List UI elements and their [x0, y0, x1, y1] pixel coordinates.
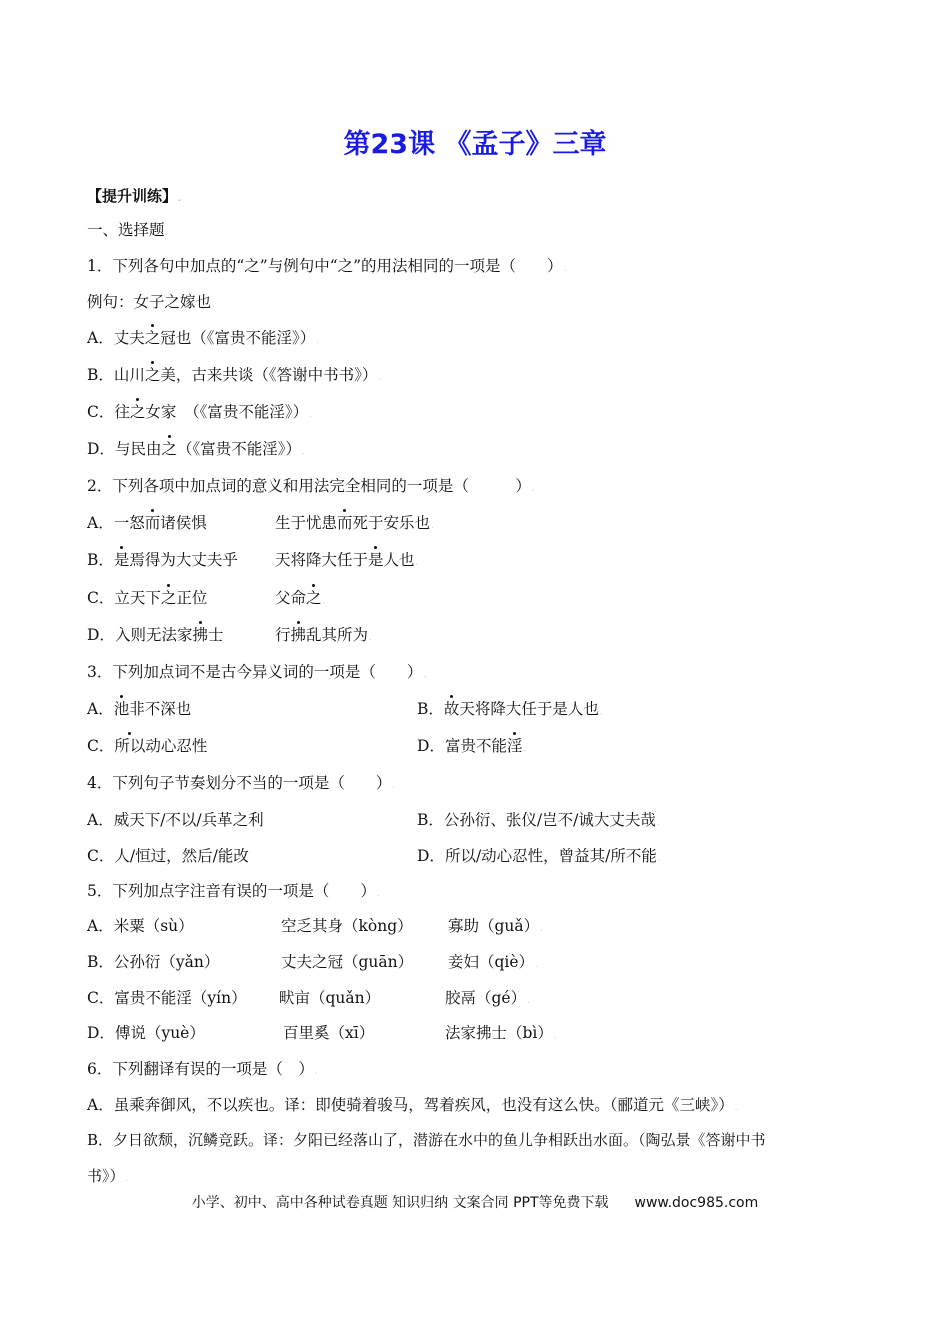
question-4-option-b[interactable]: B．公孙衍、张仪/岂不/诚大丈夫哉. [417, 810, 659, 833]
question-3-option-a[interactable]: A．池非不深也 [87, 699, 191, 719]
document-page: 第23课 《孟子》三章 【提升训练】. 一、选择题. 1．下列各句中加点的“之”… [0, 0, 950, 1344]
question-3-option-d[interactable]: D．富贵不能淫. [417, 736, 526, 759]
question-4-stem: 4．下列句子节奏划分不当的一项是（ ）. [87, 773, 395, 796]
part-heading: 一、选择题. [87, 220, 168, 243]
question-3-stem: 3．下列加点词不是古今异义词的一项是（ ）. [87, 662, 426, 685]
question-1-option-c[interactable]: C．往之女家 （《富贵不能淫》）. [87, 402, 312, 425]
question-2-stem: 2．下列各项中加点词的意义和用法完全相同的一项是（ ）. [87, 476, 534, 499]
question-5-stem: 5．下列加点字注音有误的一项是（ ）. [87, 881, 379, 904]
question-4-option-a[interactable]: A．威天下/不以/兵革之利 [87, 810, 264, 830]
question-5-option-c[interactable]: C．富贵不能淫（yín） [87, 988, 247, 1008]
question-5-option-b-item-2: 丈夫之冠（guān） [281, 952, 413, 972]
question-2-option-c-right: 父命之. [275, 588, 325, 611]
section-heading: 【提升训练】. [87, 186, 181, 209]
question-6-option-b[interactable]: B．夕日欲颓，沉鳞竞跃。译：夕阳已经落山了，潜游在水中的鱼儿争相跃出水面。（陶弘… [87, 1130, 766, 1150]
footer-url[interactable]: www.doc985.com [635, 1195, 759, 1211]
question-4-option-d[interactable]: D．所以/动心忍性，曾益其/所不能. [417, 846, 660, 869]
question-1-option-b[interactable]: B．山川之美，古来共谈（《答谢中书书》）. [87, 365, 381, 388]
question-2-option-b[interactable]: B．是焉得为大丈夫乎 [87, 550, 238, 570]
question-2-option-d-right: 行拂乱其所为. [275, 625, 372, 648]
question-6-option-b-continued: 书》）. [87, 1166, 128, 1189]
question-1-example: 例句：女子之嫁也. [87, 292, 215, 315]
question-5-option-c-item-3: 胶鬲（gé）. [445, 988, 530, 1011]
question-5-option-d-item-2: 百里奚（xī） [283, 1023, 374, 1043]
question-5-option-c-item-2: 畎亩（quǎn） [279, 988, 380, 1008]
question-5-option-b-item-3: 妾妇（qiè）. [448, 952, 538, 975]
page-footer: 小学、初中、高中各种试卷真题 知识归纳 文案合同 PPT等免费下载www.doc… [0, 1192, 950, 1212]
question-2-option-a-right: 生于忧患而死于安乐也. [275, 513, 434, 536]
question-5-option-a[interactable]: A．米粟（sù） [87, 916, 194, 936]
question-3-option-c[interactable]: C．所以动心忍性 [87, 736, 207, 756]
question-5-option-d[interactable]: D．傅说（yuè） [87, 1023, 205, 1043]
question-2-option-c[interactable]: C．立天下之正位 [87, 588, 207, 608]
question-3-option-b[interactable]: B．故天将降大任于是人也. [417, 699, 602, 722]
question-4-option-c[interactable]: C．人/恒过，然后/能改 [87, 846, 249, 866]
question-2-option-d[interactable]: D．入则无法家拂士 [87, 625, 223, 645]
question-6-stem: 6．下列翻译有误的一项是（ ）. [87, 1059, 317, 1082]
question-5-option-a-item-3: 寡助（guǎ）. [448, 916, 543, 939]
footer-text: 小学、初中、高中各种试卷真题 知识归纳 文案合同 PPT等免费下载 [192, 1195, 609, 1211]
question-5-option-d-item-3: 法家拂士（bì）. [445, 1023, 556, 1046]
question-5-option-b[interactable]: B．公孙衍（yǎn） [87, 952, 219, 972]
page-title: 第23课 《孟子》三章 [0, 122, 950, 161]
question-6-option-a[interactable]: A．虽乘奔御风，不以疾也。译：即使骑着骏马，驾着疾风，也没有这么快。（郦道元《三… [87, 1095, 737, 1118]
question-1-option-d[interactable]: D．与民由之（《富贵不能淫》）. [87, 439, 305, 462]
question-5-option-a-item-2: 空乏其身（kòng） [281, 916, 413, 936]
question-1-stem: 1．下列各句中加点的“之”与例句中“之”的用法相同的一项是（ ）. [87, 256, 566, 279]
question-2-option-b-right: 天将降大任于是人也. [275, 550, 418, 573]
question-1-option-a[interactable]: A．丈夫之冠也（《富贵不能淫》）. [87, 328, 319, 351]
question-2-option-a[interactable]: A．一怒而诸侯惧 [87, 513, 207, 533]
